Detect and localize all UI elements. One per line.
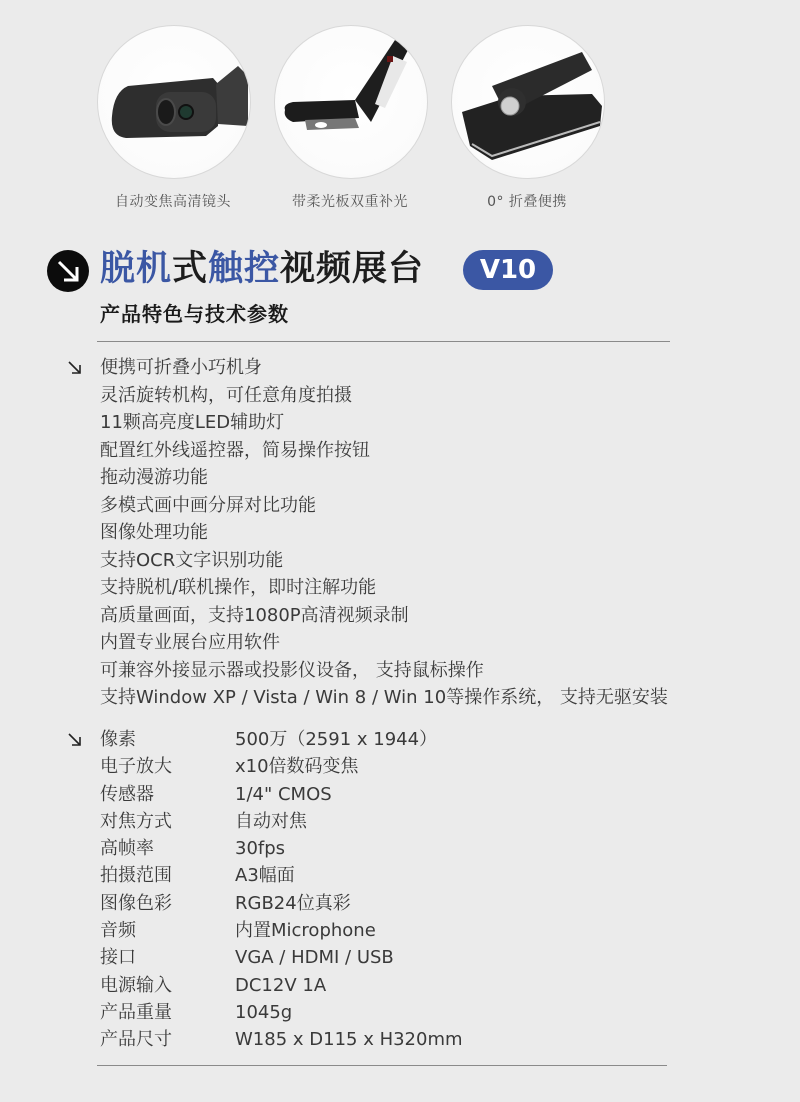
spec-value: 内置Microphone — [235, 917, 376, 944]
spec-label: 像素 — [100, 726, 235, 753]
feature-item: 图像处理功能 — [100, 519, 668, 547]
top-divider — [97, 341, 670, 342]
feature-item: 支持脱机/联机操作，即时注解功能 — [100, 574, 668, 602]
spec-row-sensor: 传感器1/4" CMOS — [100, 781, 463, 808]
spec-row-audio: 音频内置Microphone — [100, 917, 463, 944]
spec-label: 对焦方式 — [100, 808, 235, 835]
spec-value: A3幅面 — [235, 862, 295, 889]
feature-list: 便携可折叠小巧机身 灵活旋转机构，可任意角度拍摄 11颗高亮度LED辅助灯 配置… — [100, 354, 668, 712]
spec-row-size: 产品尺寸W185 x D115 x H320mm — [100, 1026, 463, 1053]
arrow-down-right-icon — [47, 250, 89, 292]
specs-arrow-icon — [67, 732, 83, 748]
feature-caption-lens: 自动变焦高清镜头 — [88, 191, 258, 211]
spec-row-color: 图像色彩RGB24位真彩 — [100, 890, 463, 917]
spec-label: 拍摄范围 — [100, 862, 235, 889]
spec-label: 电子放大 — [100, 753, 235, 780]
title-part-style: 式 — [172, 249, 208, 289]
spec-value: x10倍数码变焦 — [235, 753, 359, 780]
feature-image-light — [274, 25, 428, 179]
spec-table: 像素500万（2591 x 1944） 电子放大x10倍数码变焦 传感器1/4"… — [100, 726, 463, 1054]
spec-row-zoom: 电子放大x10倍数码变焦 — [100, 753, 463, 780]
spec-label: 产品尺寸 — [100, 1026, 235, 1053]
spec-row-framerate: 高帧率30fps — [100, 835, 463, 862]
spec-value: VGA / HDMI / USB — [235, 944, 394, 971]
title-part-touch: 触控 — [208, 249, 280, 289]
model-badge: V10 — [463, 250, 553, 290]
spec-row-weight: 产品重量1045g — [100, 999, 463, 1026]
spec-value: 1045g — [235, 999, 292, 1026]
spec-row-ports: 接口VGA / HDMI / USB — [100, 944, 463, 971]
feature-item: 11颗高亮度LED辅助灯 — [100, 409, 668, 437]
feature-caption-fold: 0° 折叠便携 — [442, 191, 612, 211]
bottom-divider — [97, 1065, 667, 1066]
feature-item: 高质量画面，支持1080P高清视频录制 — [100, 602, 668, 630]
feature-item: 灵活旋转机构，可任意角度拍摄 — [100, 382, 668, 410]
spec-value: DC12V 1A — [235, 972, 326, 999]
spec-label: 高帧率 — [100, 835, 235, 862]
spec-value: 500万（2591 x 1944） — [235, 726, 437, 753]
spec-value: W185 x D115 x H320mm — [235, 1026, 463, 1053]
feature-image-fold — [451, 25, 605, 179]
spec-label: 接口 — [100, 944, 235, 971]
feature-caption-light: 带柔光板双重补光 — [265, 191, 435, 211]
spec-label: 传感器 — [100, 781, 235, 808]
spec-value: RGB24位真彩 — [235, 890, 351, 917]
spec-label: 电源输入 — [100, 972, 235, 999]
feature-item: 内置专业展台应用软件 — [100, 629, 668, 657]
page-title: 脱机式触控视频展台 — [100, 244, 424, 294]
feature-item: 支持Window XP / Vista / Win 8 / Win 10等操作系… — [100, 684, 668, 712]
feature-item: 配置红外线遥控器，简易操作按钮 — [100, 437, 668, 465]
folded-device-illustration — [452, 26, 604, 178]
spec-row-pixels: 像素500万（2591 x 1944） — [100, 726, 463, 753]
spec-row-power: 电源输入DC12V 1A — [100, 972, 463, 999]
spec-value: 1/4" CMOS — [235, 781, 332, 808]
section-subtitle: 产品特色与技术参数 — [100, 298, 289, 327]
feature-item: 便携可折叠小巧机身 — [100, 354, 668, 382]
title-part-visualizer: 视频展台 — [280, 249, 424, 289]
spec-label: 音频 — [100, 917, 235, 944]
spec-row-range: 拍摄范围A3幅面 — [100, 862, 463, 889]
feature-image-lens — [97, 25, 251, 179]
spec-value: 30fps — [235, 835, 285, 862]
feature-item: 多模式画中画分屏对比功能 — [100, 492, 668, 520]
feature-item: 支持OCR文字识别功能 — [100, 547, 668, 575]
feature-item: 拖动漫游功能 — [100, 464, 668, 492]
spec-label: 产品重量 — [100, 999, 235, 1026]
spec-value: 自动对焦 — [235, 808, 307, 835]
features-arrow-icon — [67, 360, 83, 376]
camera-lens-illustration — [98, 26, 250, 178]
spec-label: 图像色彩 — [100, 890, 235, 917]
feature-item: 可兼容外接显示器或投影仪设备， 支持鼠标操作 — [100, 657, 668, 685]
title-part-offline: 脱机 — [100, 249, 172, 289]
light-panel-illustration — [275, 26, 427, 178]
spec-row-focus: 对焦方式自动对焦 — [100, 808, 463, 835]
